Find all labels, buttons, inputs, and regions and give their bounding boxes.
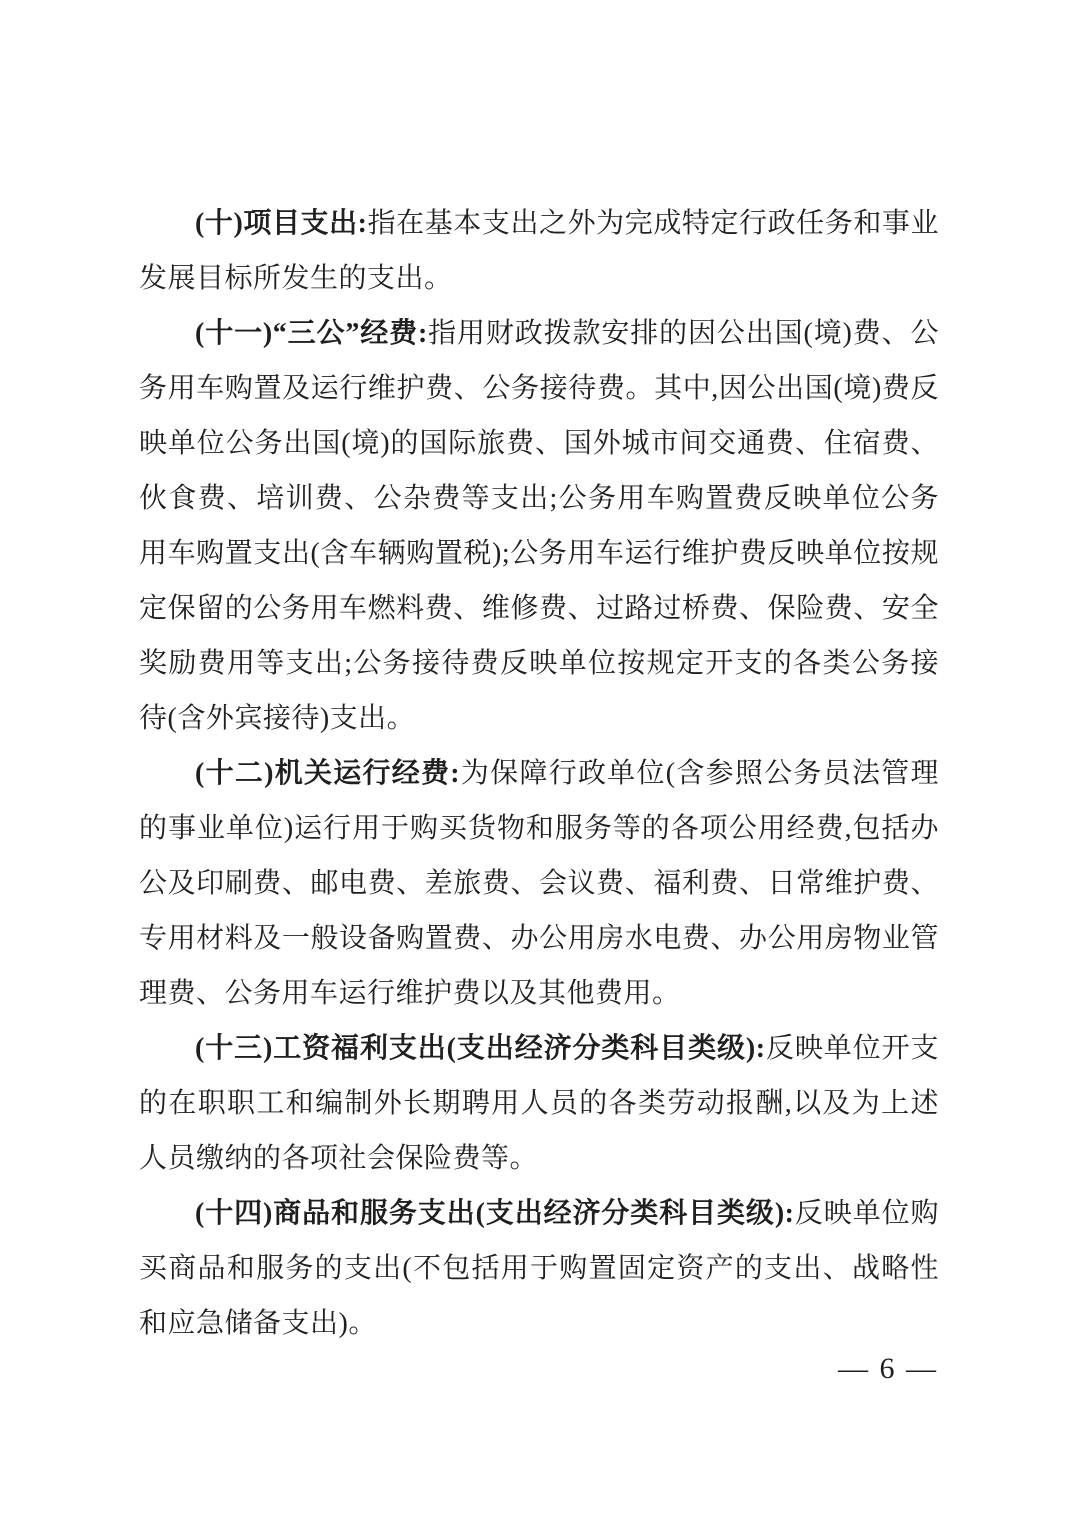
term-definition-12: 为保障行政单位(含参照公务员法管理的事业单位)运行用于购买货物和服务等的各项公用… (139, 758, 939, 1009)
paragraph-term-11: (十一)“三公”经费:指用财政拨款安排的因公出国(境)费、公务用车购置及运行维护… (139, 306, 939, 746)
term-definition-11: 指用财政拨款安排的因公出国(境)费、公务用车购置及运行维护费、公务接待费。其中,… (139, 318, 939, 734)
term-label-10: (十)项目支出: (195, 208, 368, 239)
term-label-14: (十四)商品和服务支出(支出经济分类科目类级): (195, 1198, 794, 1229)
paragraph-term-10: (十)项目支出:指在基本支出之外为完成特定行政任务和事业发展目标所发生的支出。 (139, 196, 939, 306)
term-label-11: (十一)“三公”经费: (195, 318, 428, 349)
page-number: — 6 — (838, 1348, 938, 1390)
document-body: (十)项目支出:指在基本支出之外为完成特定行政任务和事业发展目标所发生的支出。 … (139, 196, 939, 1351)
paragraph-term-14: (十四)商品和服务支出(支出经济分类科目类级):反映单位购买商品和服务的支出(不… (139, 1186, 939, 1351)
term-label-13: (十三)工资福利支出(支出经济分类科目类级): (195, 1033, 766, 1064)
document-page: (十)项目支出:指在基本支出之外为完成特定行政任务和事业发展目标所发生的支出。 … (0, 0, 1074, 1520)
term-label-12: (十二)机关运行经费: (195, 758, 460, 789)
paragraph-term-13: (十三)工资福利支出(支出经济分类科目类级):反映单位开支的在职职工和编制外长期… (139, 1021, 939, 1186)
paragraph-term-12: (十二)机关运行经费:为保障行政单位(含参照公务员法管理的事业单位)运行用于购买… (139, 746, 939, 1021)
